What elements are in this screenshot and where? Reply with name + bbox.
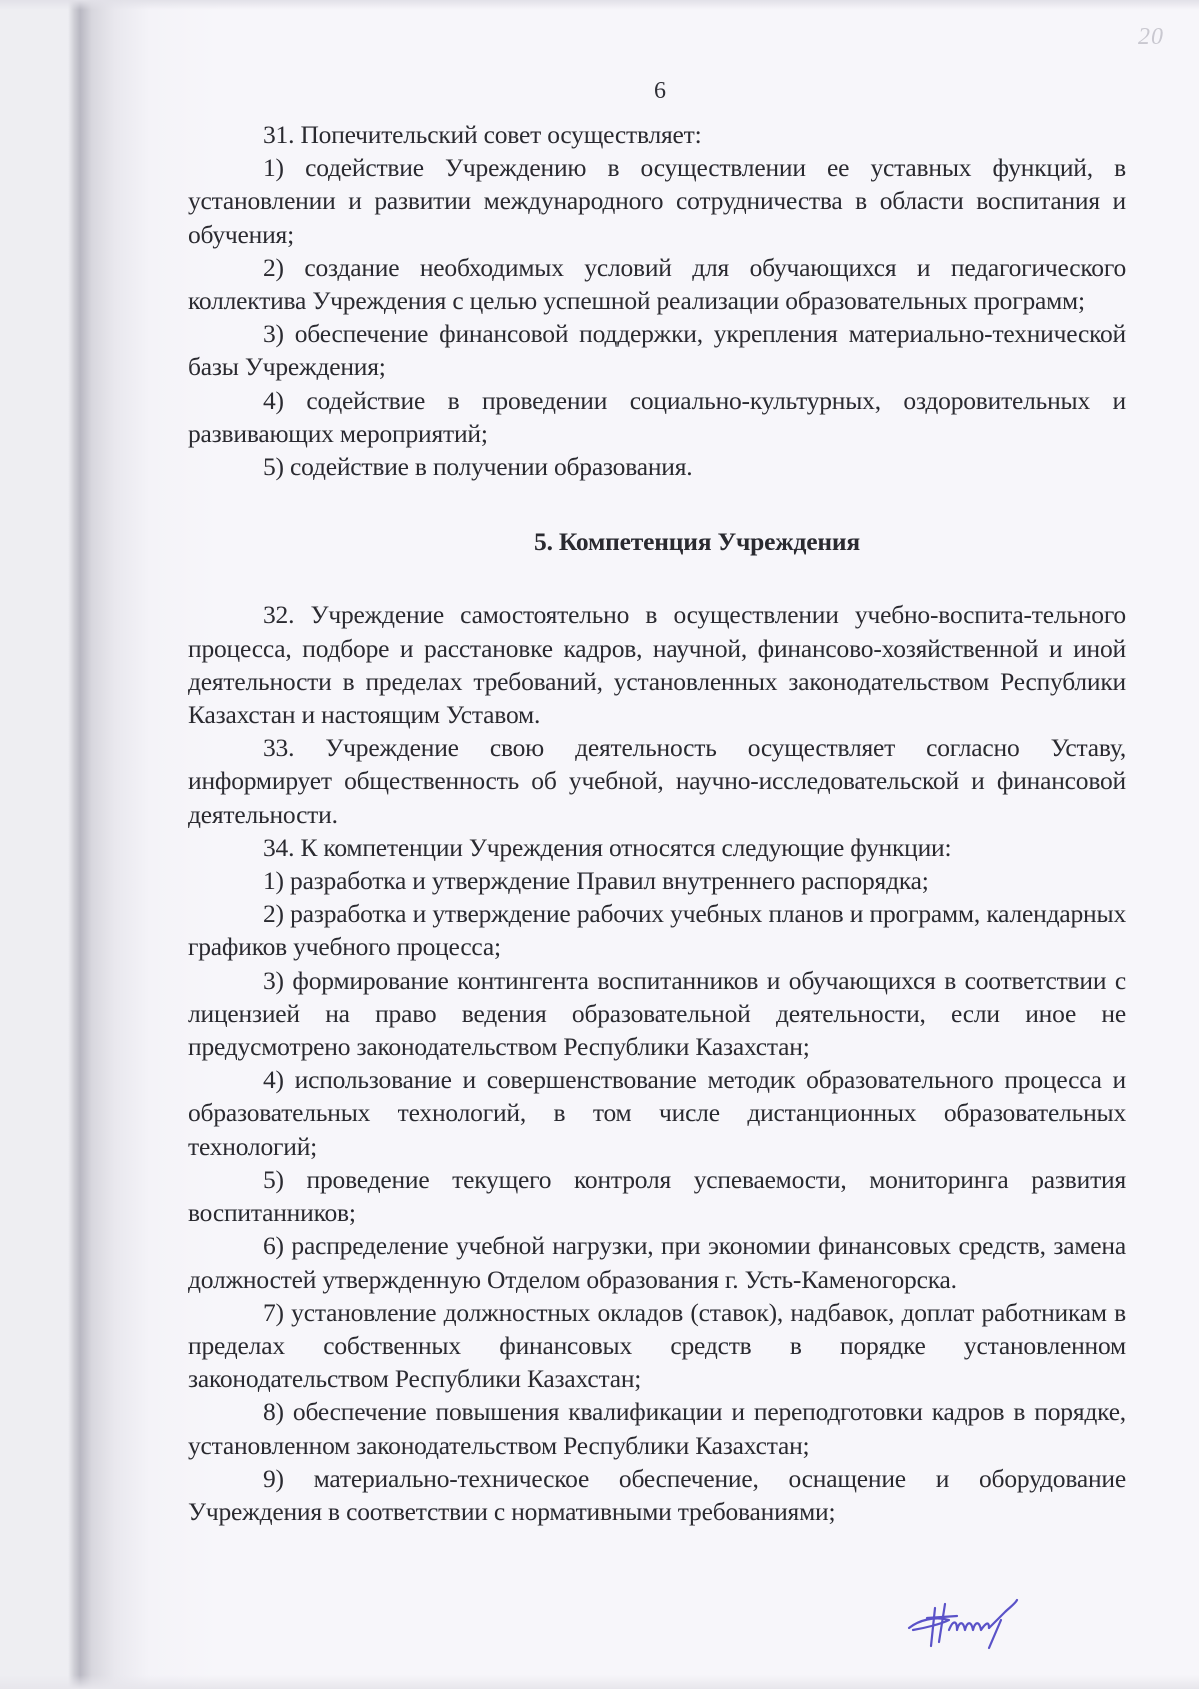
spacer [188,483,1126,525]
signature-icon [905,1590,1025,1650]
clause-34-title: 34. К компетенции Учреждения относятся с… [188,831,1126,864]
clause-34-item-3: 3) формирование контингента воспитаннико… [188,964,1126,1064]
page-top-edge [0,0,1199,10]
document-body: 31. Попечительский совет осуществляет: 1… [188,118,1126,1528]
clause-31-item-3: 3) обеспечение финансовой поддержки, укр… [188,317,1126,383]
clause-33: 33. Учреждение свою деятельность осущест… [188,731,1126,831]
section-heading: 5. Компетенция Учреждения [188,525,1126,558]
clause-34-item-4: 4) использование и совершенствование мет… [188,1063,1126,1163]
clause-34-item-6: 6) распределение учебной нагрузки, при э… [188,1229,1126,1295]
spacer [188,558,1126,598]
scanned-page: 20 6 31. Попечительский совет осуществля… [0,0,1199,1689]
clause-31-title: 31. Попечительский совет осуществляет: [188,118,1126,151]
page-bottom-edge [0,1675,1199,1689]
clause-31-item-4: 4) содействие в проведении социально-кул… [188,384,1126,450]
clause-31-item-5: 5) содействие в получении образования. [188,450,1126,483]
clause-34-item-1: 1) разработка и утверждение Правил внутр… [188,864,1126,897]
page-number: 6 [0,78,1199,105]
clause-31-item-2: 2) создание необходимых условий для обуч… [188,251,1126,317]
clause-31-item-1: 1) содействие Учреждению в осуществлении… [188,151,1126,251]
clause-34-item-7: 7) установление должностных окладов (ста… [188,1296,1126,1396]
clause-34-item-5: 5) проведение текущего контроля успеваем… [188,1163,1126,1229]
clause-34-item-8: 8) обеспечение повышения квалификации и … [188,1395,1126,1461]
clause-34-item-2: 2) разработка и утверждение рабочих учеб… [188,897,1126,963]
handwritten-sheet-number: 20 [1138,24,1164,51]
clause-34-item-9: 9) материально-техническое обеспечение, … [188,1462,1126,1528]
clause-32: 32. Учреждение самостоятельно в осуществ… [188,598,1126,731]
